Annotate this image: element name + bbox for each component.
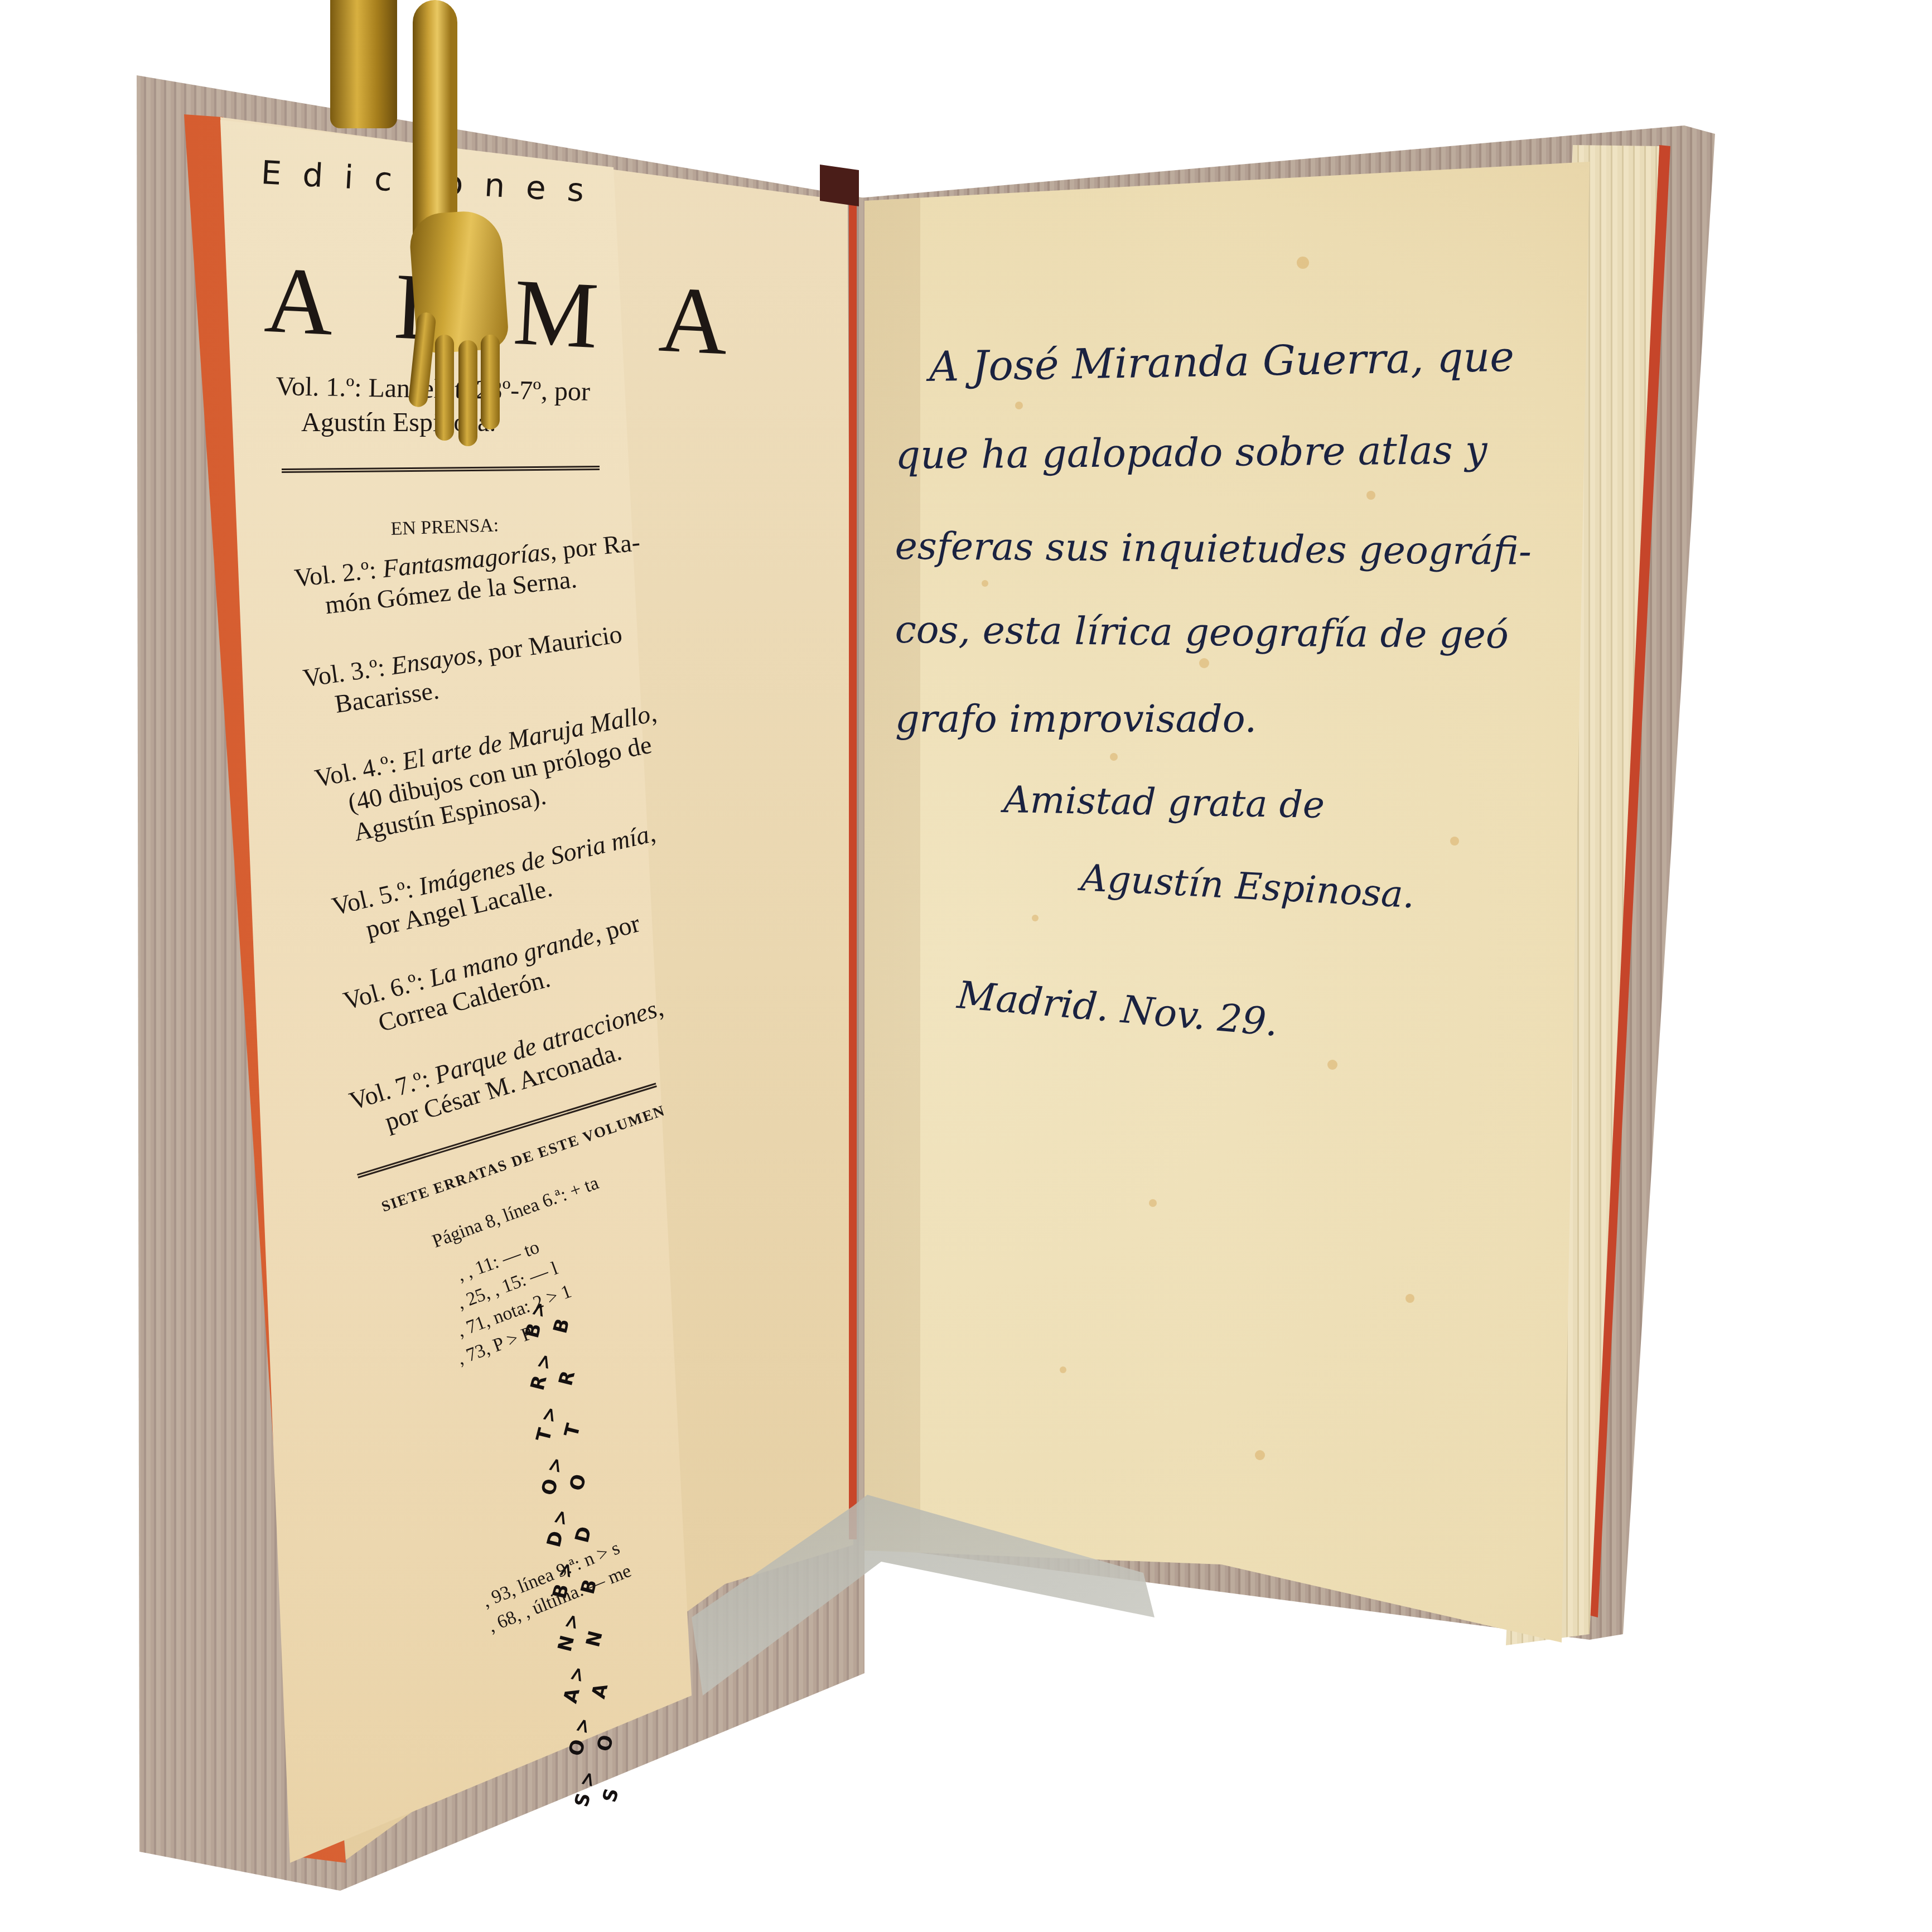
inscription-line: esferas sus inquietudes geográfi-: [895, 524, 1532, 574]
hand-finger: [458, 340, 477, 446]
headband: [820, 165, 859, 206]
clip-base: [330, 0, 397, 128]
spine-red-line: [849, 190, 857, 1539]
inscription-line: grafo improvisado.: [895, 697, 1257, 741]
inscription-line: que ha galopado sobre atlas y: [895, 427, 1487, 478]
hand-finger: [435, 335, 454, 441]
inscription-line: Amistad grata de: [1003, 778, 1325, 827]
vol1-line1: Vol. 1.º: Lancelot, 28º-7º, por: [276, 371, 591, 407]
en-prensa-heading: EN PRENSA:: [390, 515, 499, 540]
hand-finger: [481, 335, 500, 429]
inscription-line: A José Miranda Guerra, que: [929, 333, 1515, 391]
book-photo: Ediciones ALMA Vol. 1.º: Lancelot, 28º-7…: [0, 0, 1932, 1932]
inscription-line: cos, esta lírica geografía de geó: [895, 608, 1509, 658]
